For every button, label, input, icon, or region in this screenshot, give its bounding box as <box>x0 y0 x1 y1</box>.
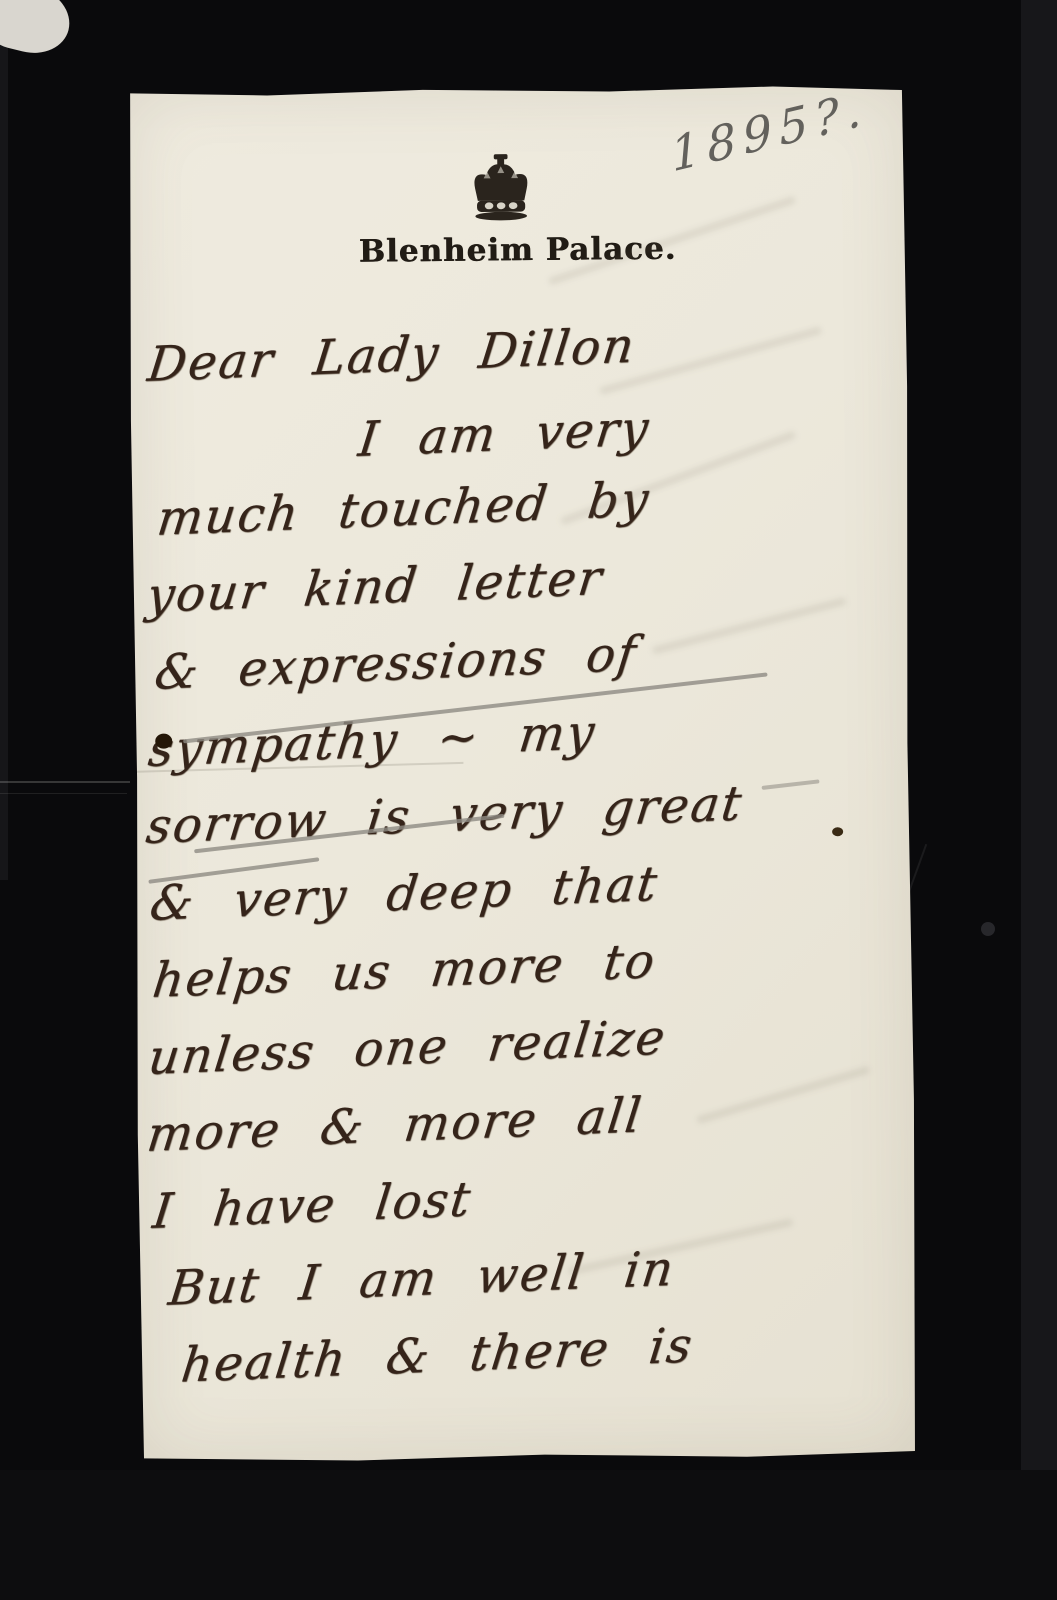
crease-line <box>0 793 127 794</box>
ducal-coronet-icon <box>458 152 545 227</box>
pencil-date-annotation: 1895?. <box>669 63 947 184</box>
mount-bottom-shade <box>0 1470 1057 1600</box>
torn-paper-fragment <box>0 0 77 61</box>
crease-line <box>0 781 130 783</box>
letter-paper: 1895?. Blenheim Palace. Dear Lady Dillon… <box>127 85 918 1464</box>
letter-body: Dear Lady Dillon I am very much touched … <box>129 323 899 1408</box>
photo-of-letter: 1895?. Blenheim Palace. Dear Lady Dillon… <box>0 0 1057 1600</box>
letterhead-title: Blenheim Palace. <box>128 229 906 272</box>
ink-blot <box>832 827 843 836</box>
mount-edge-right <box>1021 0 1057 1600</box>
ink-blot <box>155 734 172 749</box>
mount-edge-left <box>0 0 8 880</box>
dust-spot <box>981 922 995 936</box>
